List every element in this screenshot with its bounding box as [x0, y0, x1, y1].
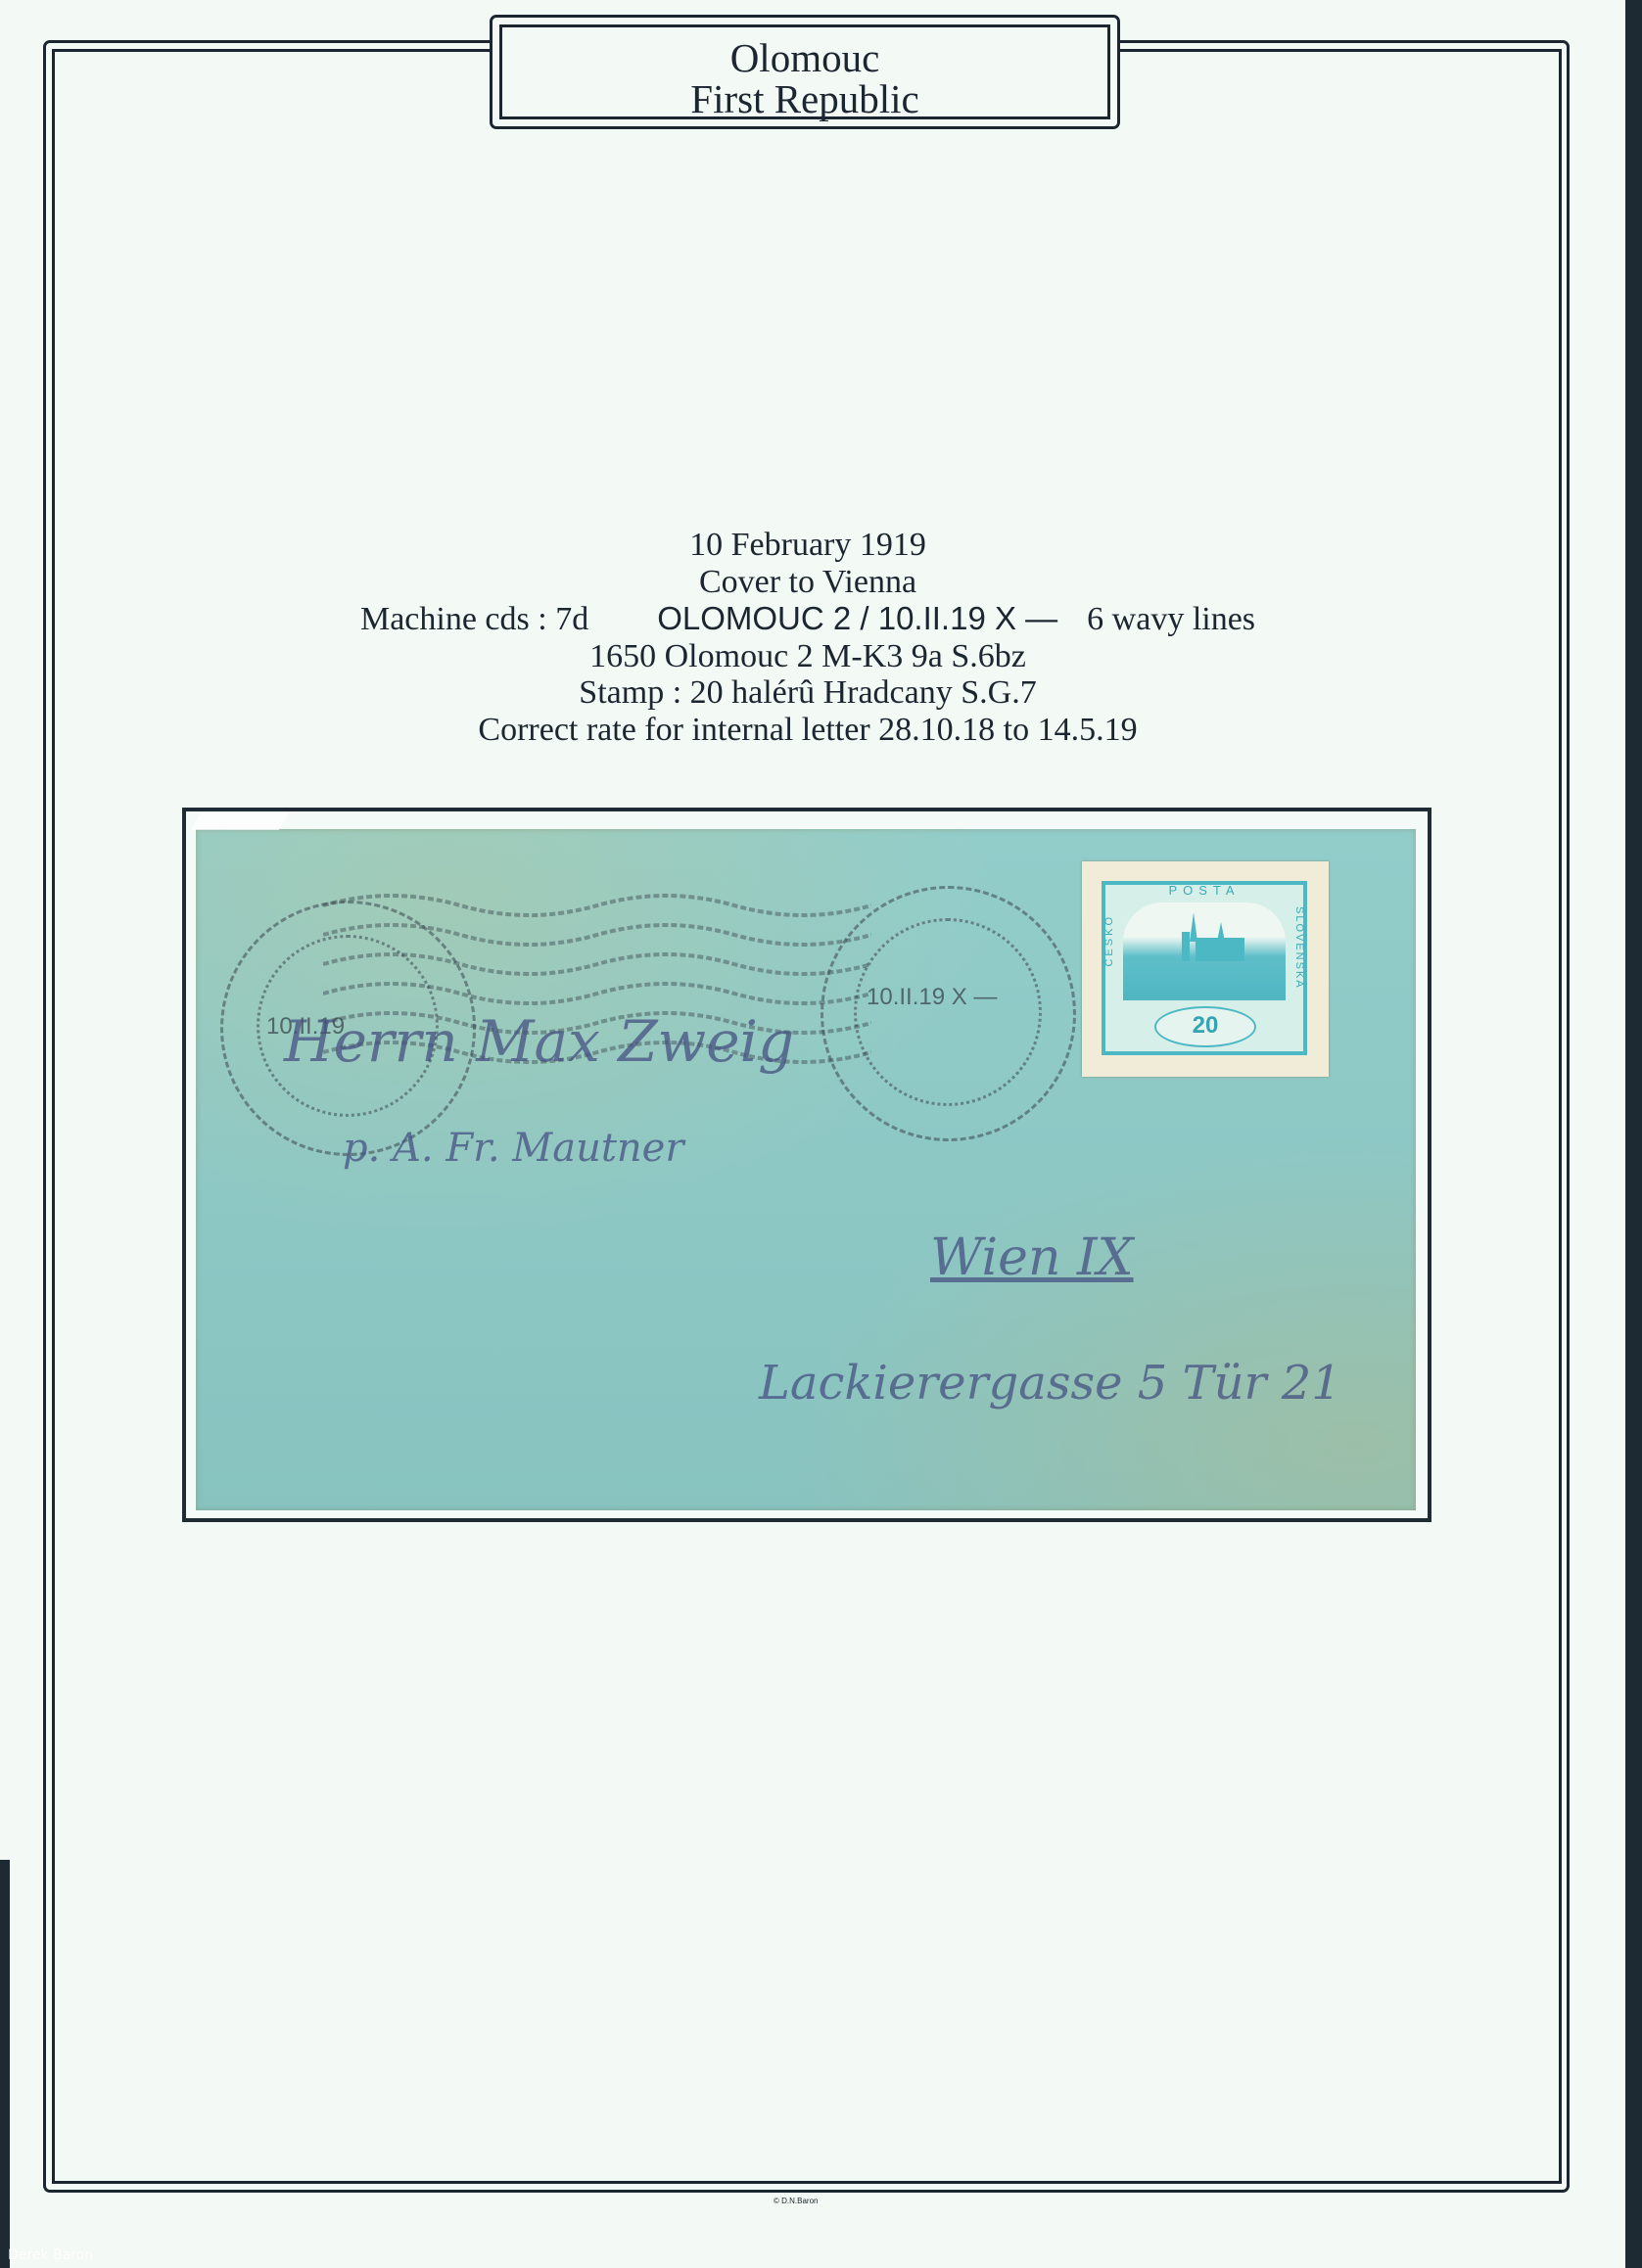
address-line-2: p. A. Fr. Mautner — [343, 1126, 683, 1171]
stamp-value: 20 — [1154, 1006, 1256, 1047]
cover-description: 10 February 1919 Cover to Vienna Machine… — [59, 527, 1557, 748]
stamp-right-text: SLOVENSKÁ — [1290, 906, 1305, 990]
postmark-right-inner — [854, 918, 1042, 1106]
page-title: Olomouc — [502, 37, 1107, 78]
hradcany-castle-icon — [1123, 903, 1286, 1000]
description-catalogue: 1650 Olomouc 2 M-K3 9a S.6bz — [59, 638, 1557, 675]
address-line-4: Lackierergasse 5 Tür 21 — [759, 1356, 1341, 1411]
mount-corner — [191, 812, 289, 830]
title-box: Olomouc First Republic — [490, 15, 1120, 129]
page-subtitle: First Republic — [502, 78, 1107, 119]
title-box-inner: Olomouc First Republic — [499, 24, 1110, 119]
postmark-right-date: 10.II.19 X — — [867, 984, 997, 1011]
stamp-top-text: POSTA — [1105, 883, 1303, 898]
description-rate: Correct rate for internal letter 28.10.1… — [59, 712, 1557, 749]
copyright-note: © D.N.Baron — [774, 2197, 818, 2205]
stamp-design: POSTA ČESKO SLOVENSKÁ 20 — [1102, 881, 1307, 1055]
address-line-3: Wien IX — [930, 1228, 1134, 1287]
cancel-text: OLOMOUC 2 / 10.II.19 X — — [657, 600, 1057, 636]
description-date: 10 February 1919 — [59, 527, 1557, 564]
cancel-label: Machine cds : 7d — [360, 601, 588, 637]
address-line-1: Herrn Max Zweig — [284, 1008, 794, 1075]
description-cancel-row: Machine cds : 7dOLOMOUC 2 / 10.II.19 X —… — [59, 600, 1557, 638]
cancel-detail: 6 wavy lines — [1087, 601, 1255, 637]
description-destination: Cover to Vienna — [59, 564, 1557, 601]
postage-stamp: POSTA ČESKO SLOVENSKÁ 20 — [1082, 861, 1329, 1077]
scan-edge-right — [1625, 0, 1642, 2268]
description-stamp: Stamp : 20 halérû Hradcany S.G.7 — [59, 674, 1557, 712]
watermark: Derek Baron — [8, 2247, 93, 2263]
scan-edge-left — [0, 1860, 10, 2268]
stamp-left-text: ČESKO — [1103, 914, 1119, 967]
